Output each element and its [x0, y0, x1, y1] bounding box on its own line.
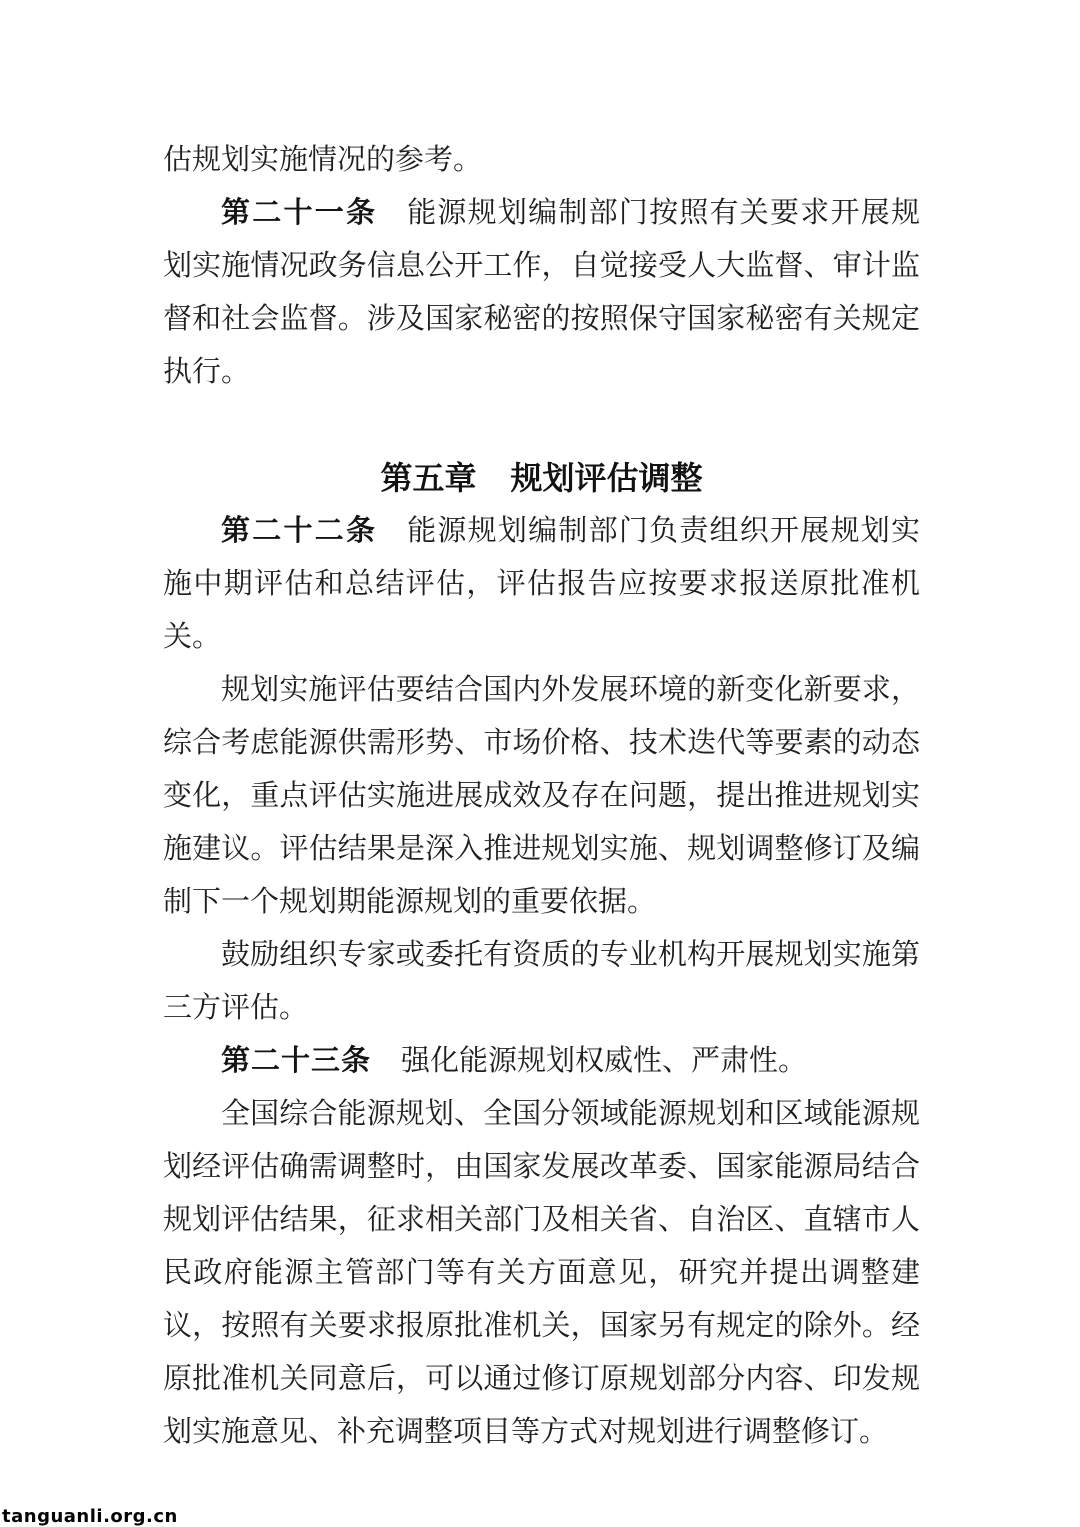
document-page: 估规划实施情况的参考。 第二十一条能源规划编制部门按照有关要求开展规划实施情况政…: [0, 0, 1080, 1527]
evaluation-paragraph: 规划实施评估要结合国内外发展环境的新变化新要求，综合考虑能源供需形势、市场价格、…: [163, 664, 920, 929]
evaluation-text: 规划实施评估要结合国内外发展环境的新变化新要求，综合考虑能源供需形势、市场价格、…: [163, 674, 920, 918]
site-watermark: tanguanli.org.cn: [2, 1506, 178, 1527]
article-22-label: 第二十二条: [221, 515, 377, 547]
article-21-label: 第二十一条: [221, 197, 377, 229]
document-body: 估规划实施情况的参考。 第二十一条能源规划编制部门按照有关要求开展规划实施情况政…: [163, 134, 920, 1459]
third-party-paragraph: 鼓励组织专家或委托有资质的专业机构开展规划实施第三方评估。: [163, 929, 920, 1035]
article-23-text: 强化能源规划权威性、严肃性。: [401, 1045, 807, 1077]
chapter-title: 规划评估调整: [511, 460, 703, 496]
chapter-number: 第五章: [380, 460, 476, 496]
adjustment-text: 全国综合能源规划、全国分领域能源规划和区域能源规划经评估确需调整时，由国家发展改…: [163, 1098, 920, 1448]
article-23-paragraph: 第二十三条强化能源规划权威性、严肃性。: [163, 1035, 920, 1088]
article-23-label: 第二十三条: [221, 1045, 371, 1077]
article-21-paragraph: 第二十一条能源规划编制部门按照有关要求开展规划实施情况政务信息公开工作，自觉接受…: [163, 187, 920, 399]
article-22-paragraph: 第二十二条能源规划编制部门负责组织开展规划实施中期评估和总结评估，评估报告应按要…: [163, 505, 920, 664]
third-party-text: 鼓励组织专家或委托有资质的专业机构开展规划实施第三方评估。: [163, 939, 920, 1024]
continuation-text: 估规划实施情况的参考。: [163, 144, 482, 176]
adjustment-paragraph: 全国综合能源规划、全国分领域能源规划和区域能源规划经评估确需调整时，由国家发展改…: [163, 1088, 920, 1459]
continuation-paragraph: 估规划实施情况的参考。: [163, 134, 920, 187]
chapter-heading: 第五章规划评估调整: [163, 452, 920, 505]
